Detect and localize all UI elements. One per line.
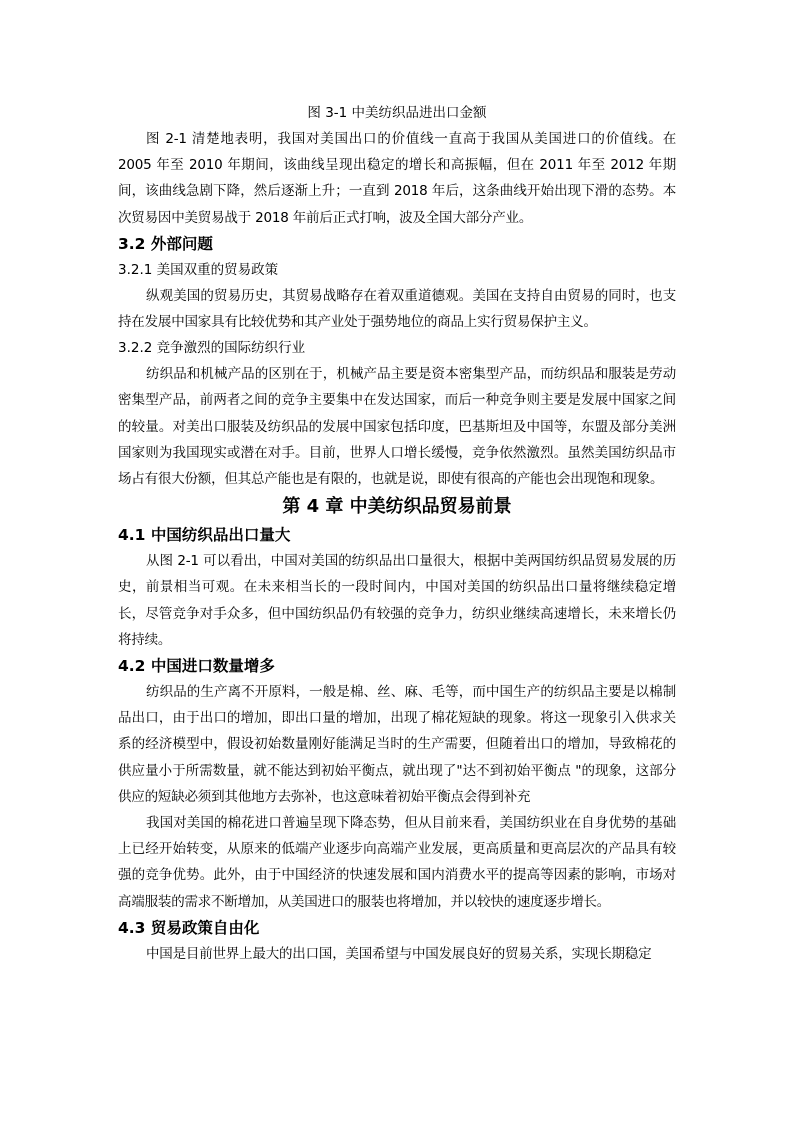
document-page: 图 3-1 中美纺织品进出口金额 图 2-1 清楚地表明，我国对美国出口的价值线… — [118, 100, 676, 967]
paragraph-figure-analysis: 图 2-1 清楚地表明，我国对美国出口的价值线一直高于我国从美国进口的价值线。在… — [118, 126, 676, 231]
paragraph-trade-liberalization: 中国是目前世界上最大的出口国，美国希望与中国发展良好的贸易关系，实现长期稳定 — [118, 941, 676, 967]
subsection-heading-3-2-2: 3.2.2 竞争激烈的国际纺织行业 — [118, 335, 676, 361]
paragraph-cotton-supply: 纺织品的生产离不开原料，一般是棉、丝、麻、毛等，而中国生产的纺织品主要是以棉制品… — [118, 679, 676, 810]
section-heading-4-3: 4.3 贸易政策自由化 — [118, 915, 676, 941]
section-heading-4-2: 4.2 中国进口数量增多 — [118, 653, 676, 679]
subsection-heading-3-2-1: 3.2.1 美国双重的贸易政策 — [118, 257, 676, 283]
paragraph-textile-competition: 纺织品和机械产品的区别在于，机械产品主要是资本密集型产品，而纺织品和服装是劳动密… — [118, 361, 676, 492]
section-heading-3-2: 3.2 外部问题 — [118, 231, 676, 257]
paragraph-us-imports: 我国对美国的棉花进口普遍呈现下降态势，但从目前来看，美国纺织业在自身优势的基础上… — [118, 810, 676, 915]
chapter-heading-4: 第 4 章 中美纺织品贸易前景 — [118, 492, 676, 522]
paragraph-us-trade-policy: 纵观美国的贸易历史，其贸易战略存在着双重道德观。美国在支持自由贸易的同时，也支持… — [118, 283, 676, 335]
figure-caption: 图 3-1 中美纺织品进出口金额 — [118, 100, 676, 126]
paragraph-export-volume: 从图 2-1 可以看出，中国对美国的纺织品出口量很大，根据中美两国纺织品贸易发展… — [118, 548, 676, 653]
section-heading-4-1: 4.1 中国纺织品出口量大 — [118, 522, 676, 548]
